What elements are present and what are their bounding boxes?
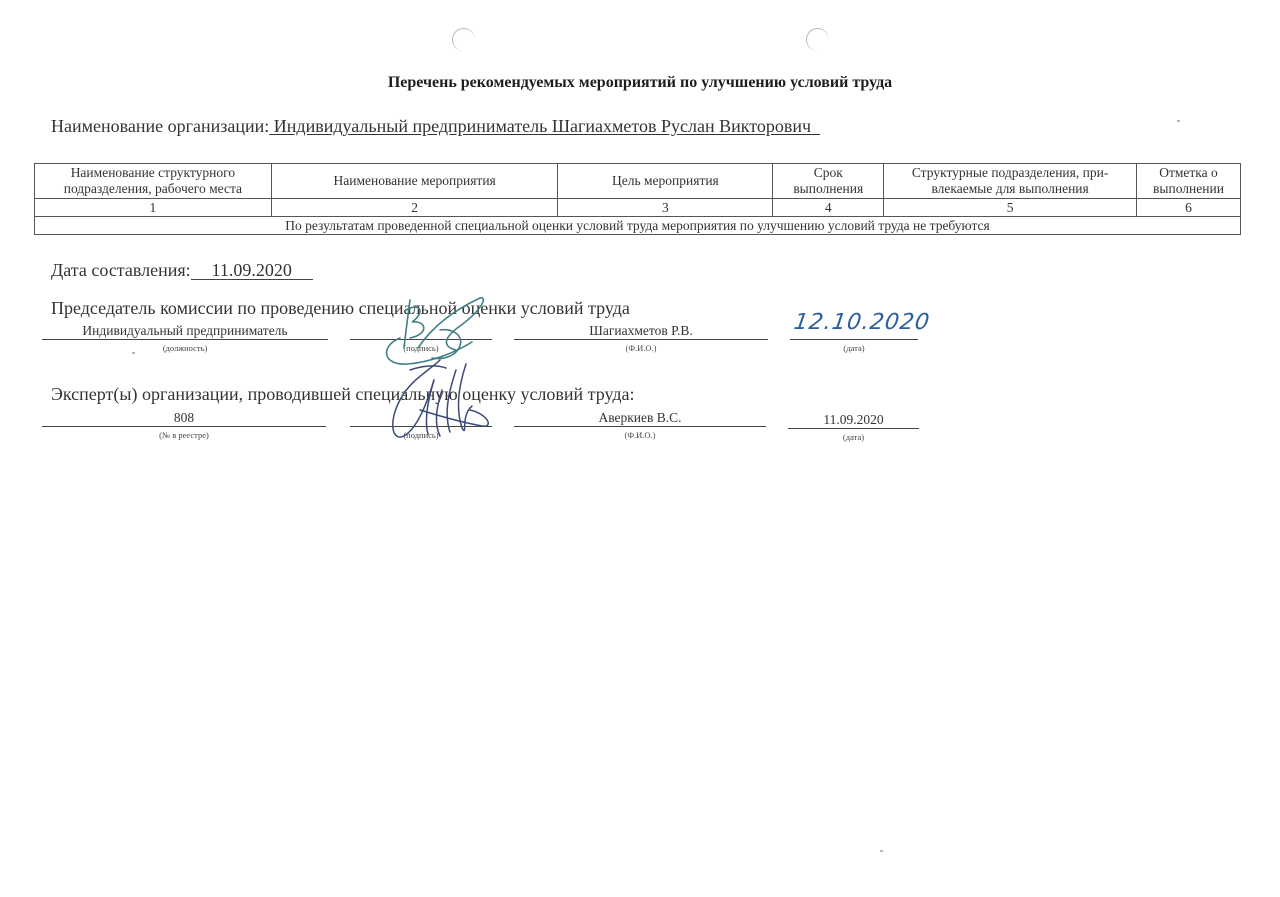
compiled-date-line: Дата составления:11.09.2020	[51, 260, 313, 281]
table-column-numbers-row: 1 2 3 4 5 6	[35, 199, 1241, 217]
measures-table: Наименование структурногоподразделения, …	[34, 163, 1241, 235]
organization-value: Индивидуальный предприниматель Шагиахмет…	[269, 116, 820, 136]
chairman-handwritten-date: 12.10.2020	[792, 310, 931, 335]
chairman-name-caption: (Ф.И.О.)	[514, 343, 768, 353]
punch-hole-mark	[806, 28, 829, 51]
chairman-date-caption: (дата)	[790, 343, 918, 353]
compiled-date-value: 11.09.2020	[191, 261, 313, 280]
scan-speck	[880, 850, 883, 852]
header-cell-completion-mark: Отметка овыполнении	[1136, 164, 1240, 199]
chairman-name-field: Шагиахметов Р.В.	[514, 322, 768, 340]
expert-date-caption: (дата)	[788, 432, 919, 442]
header-cell-measure-name: Наименование мероприятия	[271, 164, 558, 199]
organization-label: Наименование организации:	[51, 116, 269, 136]
expert-name-caption: (Ф.И.О.)	[514, 430, 766, 440]
punch-hole-mark	[452, 28, 475, 51]
expert-registry-field: 808	[42, 409, 326, 427]
column-number: 4	[773, 199, 884, 217]
chairman-position-caption: (должность)	[42, 343, 328, 353]
expert-registry-caption: (№ в реестре)	[42, 430, 326, 440]
chairman-position-field: Индивидуальный предприниматель	[42, 322, 328, 340]
column-number: 3	[558, 199, 773, 217]
table-header-row: Наименование структурногоподразделения, …	[35, 164, 1241, 199]
expert-date-field: 11.09.2020	[788, 411, 919, 429]
column-number: 2	[271, 199, 558, 217]
expert-signature-icon	[370, 350, 510, 450]
expert-name-field: Аверкиев В.С.	[514, 409, 766, 427]
header-cell-subdivision: Наименование структурногоподразделения, …	[35, 164, 272, 199]
document-page: { "document": { "title": "Перечень реком…	[0, 0, 1280, 897]
document-title: Перечень рекомендуемых мероприятий по ул…	[0, 74, 1280, 92]
header-cell-involved-units: Структурные подразделения, при-влекаемые…	[884, 164, 1137, 199]
table-note: По результатам проведенной специальной о…	[35, 217, 1241, 235]
organization-line: Наименование организации: Индивидуальный…	[51, 116, 820, 137]
header-cell-deadline: Сроквыполнения	[773, 164, 884, 199]
column-number: 5	[884, 199, 1137, 217]
chairman-heading: Председатель комиссии по проведению спец…	[51, 298, 630, 319]
header-cell-goal: Цель мероприятия	[558, 164, 773, 199]
column-number: 1	[35, 199, 272, 217]
scan-speck	[1177, 120, 1180, 122]
expert-heading: Эксперт(ы) организации, проводившей спец…	[51, 384, 635, 405]
scan-speck	[132, 352, 135, 354]
table-note-row: По результатам проведенной специальной о…	[35, 217, 1241, 235]
compiled-date-label: Дата составления:	[51, 260, 191, 280]
column-number: 6	[1136, 199, 1240, 217]
